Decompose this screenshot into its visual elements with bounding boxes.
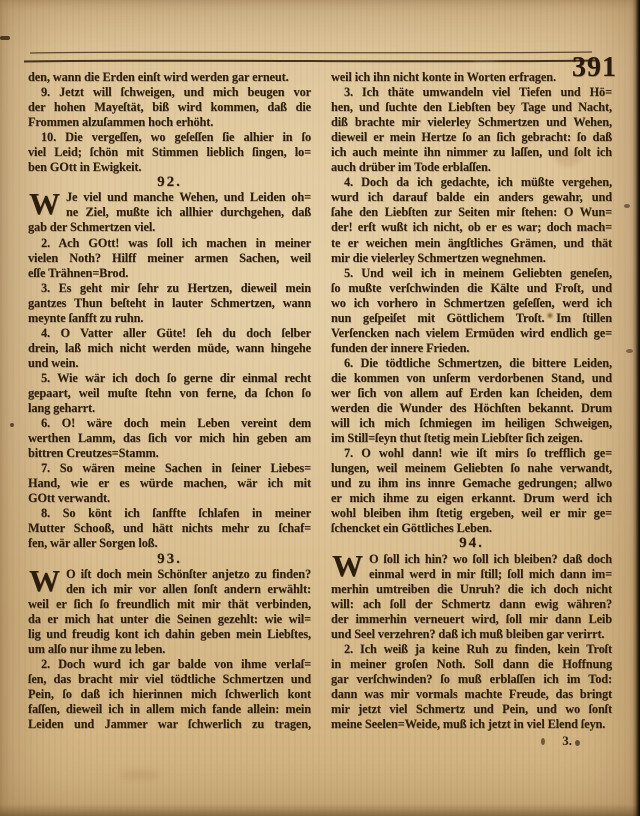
text-line-content: GOtt verwandt. xyxy=(28,491,110,505)
text-line: 2. Doch wurd ich gar balde von ihme verl… xyxy=(28,657,311,672)
text-line: der! erſt wußt ich nicht, ob er es war; … xyxy=(331,220,612,235)
text-line-content: ſen, das bracht mir viel tödtliche Schme… xyxy=(28,672,311,686)
text-line: fen, wär aller Sorgen loß. xyxy=(28,536,311,551)
margin-ink-dot xyxy=(10,423,14,427)
text-line: WO ſoll ich hin? wo ſoll ich bleiben? da… xyxy=(331,552,612,567)
text-line: weil er ſich ſo freundlich mit mir thät … xyxy=(28,597,311,612)
text-line-content: hen, und ſuchte den Liebſten bey Tage un… xyxy=(331,100,612,114)
text-line-content: drein, laß mich nicht werden müde, wann … xyxy=(28,341,311,355)
text-line: 7. O wohl dann! wie iſt mirs ſo trefflic… xyxy=(331,446,612,461)
text-line-content: lang geharrt. xyxy=(28,401,95,415)
section-number: 93. xyxy=(28,552,311,567)
text-line-content: meynte ſanfft zu ruhn. xyxy=(28,311,143,325)
paper-smudge xyxy=(555,150,581,166)
text-line: 7. So wären meine Sachen in ſeiner Liebe… xyxy=(28,461,311,476)
text-line-content: viel Leid; ſchön mit Stimmen lieblich ſi… xyxy=(28,145,311,159)
text-line: gab der Schmertzen viel. xyxy=(28,220,311,235)
text-line: werthen Lamm, das ſich vor mich hin gebe… xyxy=(28,431,311,446)
ink-speck xyxy=(575,740,580,746)
text-column-left: den, wann die Erden einſt wird werden ga… xyxy=(28,70,311,732)
text-line-content: Mutter Schooß, und hätt nichts mehr zu ſ… xyxy=(28,521,311,535)
text-line: ſchencket ein Göttliches Leben. xyxy=(331,521,612,536)
text-line: bittren Creutzes=Stamm. xyxy=(28,446,311,461)
text-line: 2. Ich weiß ja keine Ruh zu finden, kein… xyxy=(331,642,612,657)
text-line-content: weil ich ihn nicht konte in Worten erfra… xyxy=(331,70,556,84)
text-line-content: gar verſchwinden? ſo muß erblaſſen ich i… xyxy=(331,672,612,686)
text-line-content: und Seel verzehren? daß ich muß bleiben … xyxy=(331,627,604,641)
text-line: meine Seelen=Weide, muß ich jetzt in vie… xyxy=(331,717,612,732)
text-line-content: 6. Die tödtliche Schmertzen, die bittere… xyxy=(344,356,612,370)
text-line-content: wohl bleiben ihm ſtetig ergeben, weil er… xyxy=(331,506,612,520)
text-line: wohl bleiben ihm ſtetig ergeben, weil er… xyxy=(331,506,612,521)
text-line-content: um alſo nur ihme zu leben. xyxy=(28,642,165,656)
text-line: und Seel verzehren? daß ich muß bleiben … xyxy=(331,627,612,642)
text-line-content: 9. Jetzt will ſchweigen, und mich beugen… xyxy=(41,85,311,99)
text-line: gar verſchwinden? ſo muß erblaſſen ich i… xyxy=(331,672,612,687)
text-line-content: Leiden und Jammer war ſchwerlich zu trag… xyxy=(28,717,311,731)
text-line: gantzes Thun beſteht in lauter Schmertze… xyxy=(28,296,311,311)
margin-ink-mark xyxy=(624,204,630,208)
text-line: Verſencken nach vielem Ermüden wird endl… xyxy=(331,326,612,341)
page-edge-shadow xyxy=(632,0,640,816)
text-line: einmal werd in mir ſtill; ſoll mich dann… xyxy=(331,567,612,582)
text-line-content: faſſen, dieweil ich in allem mich fande … xyxy=(28,702,311,716)
text-line-content: der immerhin verneuert wird, ſoll mir da… xyxy=(331,612,612,626)
text-line-content: 93. xyxy=(157,551,182,567)
text-line: der immerhin verneuert wird, ſoll mir da… xyxy=(331,612,612,627)
text-line: wer ſich von allem auf Erden kan ſcheide… xyxy=(331,386,612,401)
text-line-content: mir die vielerley Schmertzen wegnehmen. xyxy=(331,251,546,265)
text-line: WJe viel und manche Wehen, und Leiden oh… xyxy=(28,190,311,205)
catchword: 3. xyxy=(331,733,612,749)
text-line-content: im Still=ſeyn thut ſtetig mein Liebſter … xyxy=(331,431,583,445)
text-line: 8. So könt ich ſanffte ſchlafen in meine… xyxy=(28,506,311,521)
text-line: lungen, weil meinem Geliebten ſo nahe ve… xyxy=(331,461,612,476)
text-line: Pein, ſo daß ich hierinnen mich ſchwerli… xyxy=(28,687,311,702)
text-line-content: werthen Lamm, das ſich vor mich hin gebe… xyxy=(28,431,311,445)
text-line-content: Frommen alzuſammen hoch erhöht. xyxy=(28,115,213,129)
text-line: will: ach ſoll der Schmertz dann ewig wä… xyxy=(331,597,612,612)
text-line: 4. O Vatter aller Güte! ſeh du doch ſelb… xyxy=(28,326,311,341)
text-line: ne Ziel, mußte ich allhier durchgehen, d… xyxy=(28,205,311,220)
text-line-content: 6. O! wäre doch mein Leben vereint dem xyxy=(41,416,311,430)
text-line-content: 2. Ich weiß ja keine Ruh zu finden, kein… xyxy=(344,642,612,656)
text-line-content: te er weichen mein ängſtliches Grämen, u… xyxy=(331,236,612,250)
text-line-content: merhin umtreiben die Unruh? die ich doch… xyxy=(331,582,612,596)
text-line-content: gantzes Thun beſteht in lauter Schmertze… xyxy=(28,296,311,310)
text-line-content: O iſt doch mein Schönſter anjetzo zu fin… xyxy=(66,567,311,581)
text-line-content: Pein, ſo daß ich hierinnen mich ſchwerli… xyxy=(28,687,311,701)
text-line-content: lig und freudig kont ich dahin geben mei… xyxy=(28,627,311,641)
section-number: 92. xyxy=(28,175,311,190)
text-line: faſſen, dieweil ich in allem mich fande … xyxy=(28,702,311,717)
text-line-content: die kommen von unſerm verdorbenen Stand,… xyxy=(331,371,612,385)
text-line: viel Leid; ſchön mit Stimmen lieblich ſi… xyxy=(28,145,311,160)
text-line: ſo mußte verſchwinden die Kälte und Froſ… xyxy=(331,281,612,296)
text-line-content: und wein. xyxy=(28,356,78,370)
text-line: GOtt verwandt. xyxy=(28,491,311,506)
text-line: nun geſpeiſet mit Göttlichem Troſt. Im ſ… xyxy=(331,311,612,326)
text-line: wurd ich darauf balde ein anders gewahr,… xyxy=(331,190,612,205)
text-line: 10. Die vergeſſen, wo geſeſſen ſie alhie… xyxy=(28,130,311,145)
text-line-content: wo ich vorhero in Schmertzen geſeſſen, w… xyxy=(331,296,612,310)
section-number: 94. xyxy=(331,536,612,551)
text-line: Mutter Schooß, und hätt nichts mehr zu ſ… xyxy=(28,521,311,536)
text-line-content: ben GOtt in Ewigkeit. xyxy=(28,160,141,174)
header-rule xyxy=(0,46,640,70)
text-line: mir die vielerley Schmertzen wegnehmen. xyxy=(331,251,612,266)
text-line-content: 5. Wie wär ich doch ſo gerne dir einmal … xyxy=(41,371,311,385)
text-line-content: 8. So könt ich ſanffte ſchlafen in meine… xyxy=(41,506,311,520)
text-line: merhin umtreiben die Unruh? die ich doch… xyxy=(331,582,612,597)
text-line-content: diß brachte mir vielerley Schmertzen und… xyxy=(331,115,612,129)
text-line-content: ne Ziel, mußte ich allhier durchgehen, d… xyxy=(66,205,311,219)
text-line: 6. O! wäre doch mein Leben vereint dem xyxy=(28,416,311,431)
text-line: ſahe den Liebſten zur Seiten mir ſtehen:… xyxy=(331,205,612,220)
text-line-content: 3. Ich thäte umwandeln viel Tiefen und H… xyxy=(344,85,612,99)
paper-smudge xyxy=(120,770,160,780)
text-line: Frommen alzuſammen hoch erhöht. xyxy=(28,115,311,130)
text-line: der hohen Mayeſtät, biß wird kommen, daß… xyxy=(28,100,311,115)
text-line: mir jetzt viel Schmertz und Pein, und wo… xyxy=(331,702,612,717)
text-line: diß brachte mir vielerley Schmertzen und… xyxy=(331,115,612,130)
page-bottom-shadow xyxy=(0,804,640,816)
text-line-content: da er mich hat unter die Seinen gezehlt:… xyxy=(28,612,311,626)
text-line: 2. Ach GOtt! was ſoll ich machen in mein… xyxy=(28,236,311,251)
text-line-content: meine Seelen=Weide, muß ich jetzt in vie… xyxy=(331,717,605,731)
text-line: ſen, das bracht mir viel tödtliche Schme… xyxy=(28,672,311,687)
text-column-right: weil ich ihn nicht konte in Worten erfra… xyxy=(331,70,612,732)
text-line-content: Hand, wie er es würde machen, wär ich mi… xyxy=(28,476,311,490)
text-line: lang geharrt. xyxy=(28,401,311,416)
text-line-content: eſſe Trähnen=Brod. xyxy=(28,266,128,280)
text-line-content: bittren Creutzes=Stamm. xyxy=(28,446,159,460)
text-line-content: weil er ſich ſo freundlich mit mir thät … xyxy=(28,597,311,611)
text-line-content: ſchencket ein Göttliches Leben. xyxy=(331,521,492,535)
text-line-content: 10. Die vergeſſen, wo geſeſſen ſie alhie… xyxy=(41,130,311,144)
text-line-content: 94. xyxy=(459,535,484,551)
text-line-content: 2. Doch wurd ich gar balde von ihme verl… xyxy=(41,657,311,671)
text-line: dann was mir vormals machte Freude, das … xyxy=(331,687,612,702)
text-line: und zu ihm ins innre Gemache gedrungen; … xyxy=(331,476,612,491)
text-line-content: einmal werd in mir ſtill; ſoll mich dann… xyxy=(369,567,612,581)
text-line-content: fen, wär aller Sorgen loß. xyxy=(28,536,157,550)
text-line-content: funden der innere Frieden. xyxy=(331,341,469,355)
text-line: weil ich ihn nicht konte in Worten erfra… xyxy=(331,70,612,85)
ink-speck xyxy=(541,738,545,745)
text-line: 4. Doch da ich gedachte, ich müßte verge… xyxy=(331,175,612,190)
text-line: den, wann die Erden einſt wird werden ga… xyxy=(28,70,311,85)
text-line: drein, laß mich nicht werden müde, wann … xyxy=(28,341,311,356)
text-line: im Still=ſeyn thut ſtetig mein Liebſter … xyxy=(331,431,612,446)
text-line: WO iſt doch mein Schönſter anjetzo zu fi… xyxy=(28,567,311,582)
text-line-content: dieweil er mein Hertze ſo an ſich gebrac… xyxy=(331,130,612,144)
text-line: in meiner groſen Noth. Soll dann die Hof… xyxy=(331,657,612,672)
text-line-content: Je viel und manche Wehen, und Leiden oh= xyxy=(66,190,311,204)
text-line-content: will: ach ſoll der Schmertz dann ewig wä… xyxy=(331,597,612,611)
text-line-content: 3. Es geht mir ſehr zu Hertzen, dieweil … xyxy=(41,281,311,295)
text-line-content: werden die Wunder des Höchſten bekannt. … xyxy=(331,401,612,415)
text-line-content: der hohen Mayeſtät, biß wird kommen, daß… xyxy=(28,100,311,114)
text-line-content: auch drüber im Tode erblaſſen. xyxy=(331,160,491,174)
text-line-content: ſahe den Liebſten zur Seiten mir ſtehen:… xyxy=(331,205,612,219)
text-line: wo ich vorhero in Schmertzen geſeſſen, w… xyxy=(331,296,612,311)
text-line: dieweil er mein Hertze ſo an ſich gebrac… xyxy=(331,130,612,145)
text-line-content: und zu ihm ins innre Gemache gedrungen; … xyxy=(331,476,612,490)
book-page: 391 den, wann die Erden einſt wird werde… xyxy=(0,0,640,816)
text-line-content: vielen Noth? Hilff meiner armen Sachen, … xyxy=(28,251,311,265)
text-line: vielen Noth? Hilff meiner armen Sachen, … xyxy=(28,251,311,266)
text-line: funden der innere Frieden. xyxy=(331,341,612,356)
text-line-content: 4. Doch da ich gedachte, ich müßte verge… xyxy=(344,175,612,189)
text-line-content: der! erſt wußt ich nicht, ob er es war; … xyxy=(331,220,612,234)
text-line: meynte ſanfft zu ruhn. xyxy=(28,311,311,326)
text-line-content: er mich ihme zu eigen erkannt. Drum werd… xyxy=(331,491,612,505)
text-line: eſſe Trähnen=Brod. xyxy=(28,266,311,281)
text-line-content: in meiner groſen Noth. Soll dann die Hof… xyxy=(331,657,612,671)
text-line-content: wurd ich darauf balde ein anders gewahr,… xyxy=(331,190,612,204)
text-line-content: will ich mich ſchmiegen im heiligen Schw… xyxy=(331,416,612,430)
text-line: Hand, wie er es würde machen, wär ich mi… xyxy=(28,476,311,491)
text-line: gepaart, weil muſte ſtehn von ferne, da … xyxy=(28,386,311,401)
text-line: die kommen von unſerm verdorbenen Stand,… xyxy=(331,371,612,386)
text-line: 3. Es geht mir ſehr zu Hertzen, dieweil … xyxy=(28,281,311,296)
text-line-content: dann was mir vormals machte Freude, das … xyxy=(331,687,612,701)
text-line-content: 7. O wohl dann! wie iſt mirs ſo trefflic… xyxy=(344,446,612,460)
text-line: Leiden und Jammer war ſchwerlich zu trag… xyxy=(28,717,311,732)
text-line: werden die Wunder des Höchſten bekannt. … xyxy=(331,401,612,416)
text-line-content: 92. xyxy=(157,174,182,190)
text-line: 5. Und weil ich in meinem Geliebten gene… xyxy=(331,266,612,281)
text-line-content: O ſoll ich hin? wo ſoll ich bleiben? daß… xyxy=(369,552,612,566)
text-line-content: wer ſich von allem auf Erden kan ſcheide… xyxy=(331,386,612,400)
text-line: 6. Die tödtliche Schmertzen, die bittere… xyxy=(331,356,612,371)
text-line-content: den ich mir vor allen ſonſt andern erwäh… xyxy=(66,582,311,596)
text-line-content: Verſencken nach vielem Ermüden wird endl… xyxy=(331,326,612,340)
paper-stain xyxy=(546,312,554,319)
text-line: 3. Ich thäte umwandeln viel Tiefen und H… xyxy=(331,85,612,100)
text-line-content: mir jetzt viel Schmertz und Pein, und wo… xyxy=(331,702,612,716)
text-line-content: gab der Schmertzen viel. xyxy=(28,220,155,234)
text-line: und wein. xyxy=(28,356,311,371)
text-line: 5. Wie wär ich doch ſo gerne dir einmal … xyxy=(28,371,311,386)
text-line-content: lungen, weil meinem Geliebten ſo nahe ve… xyxy=(331,461,612,475)
text-line: 9. Jetzt will ſchweigen, und mich beugen… xyxy=(28,85,311,100)
text-line: will ich mich ſchmiegen im heiligen Schw… xyxy=(331,416,612,431)
margin-ink-mark xyxy=(0,36,10,40)
text-line-content: gepaart, weil muſte ſtehn von ferne, da … xyxy=(28,386,311,400)
paper-smudge xyxy=(470,60,500,72)
text-line-content: 2. Ach GOtt! was ſoll ich machen in mein… xyxy=(41,236,311,250)
text-line: den ich mir vor allen ſonſt andern erwäh… xyxy=(28,582,311,597)
text-line-content: ſo mußte verſchwinden die Kälte und Froſ… xyxy=(331,281,612,295)
text-line-content: nun geſpeiſet mit Göttlichem Troſt. Im ſ… xyxy=(331,311,612,325)
text-line: lig und freudig kont ich dahin geben mei… xyxy=(28,627,311,642)
text-line: um alſo nur ihme zu leben. xyxy=(28,642,311,657)
text-line-content: 5. Und weil ich in meinem Geliebten gene… xyxy=(344,266,612,280)
text-line-content: 4. O Vatter aller Güte! ſeh du doch ſelb… xyxy=(41,326,311,340)
text-line: hen, und ſuchte den Liebſten bey Tage un… xyxy=(331,100,612,115)
text-line-content: den, wann die Erden einſt wird werden ga… xyxy=(28,70,289,84)
text-line-content: 7. So wären meine Sachen in ſeiner Liebe… xyxy=(41,461,311,475)
text-line: ben GOtt in Ewigkeit. xyxy=(28,160,311,175)
text-line: te er weichen mein ängſtliches Grämen, u… xyxy=(331,236,612,251)
text-line: er mich ihme zu eigen erkannt. Drum werd… xyxy=(331,491,612,506)
text-line: da er mich hat unter die Seinen gezehlt:… xyxy=(28,612,311,627)
